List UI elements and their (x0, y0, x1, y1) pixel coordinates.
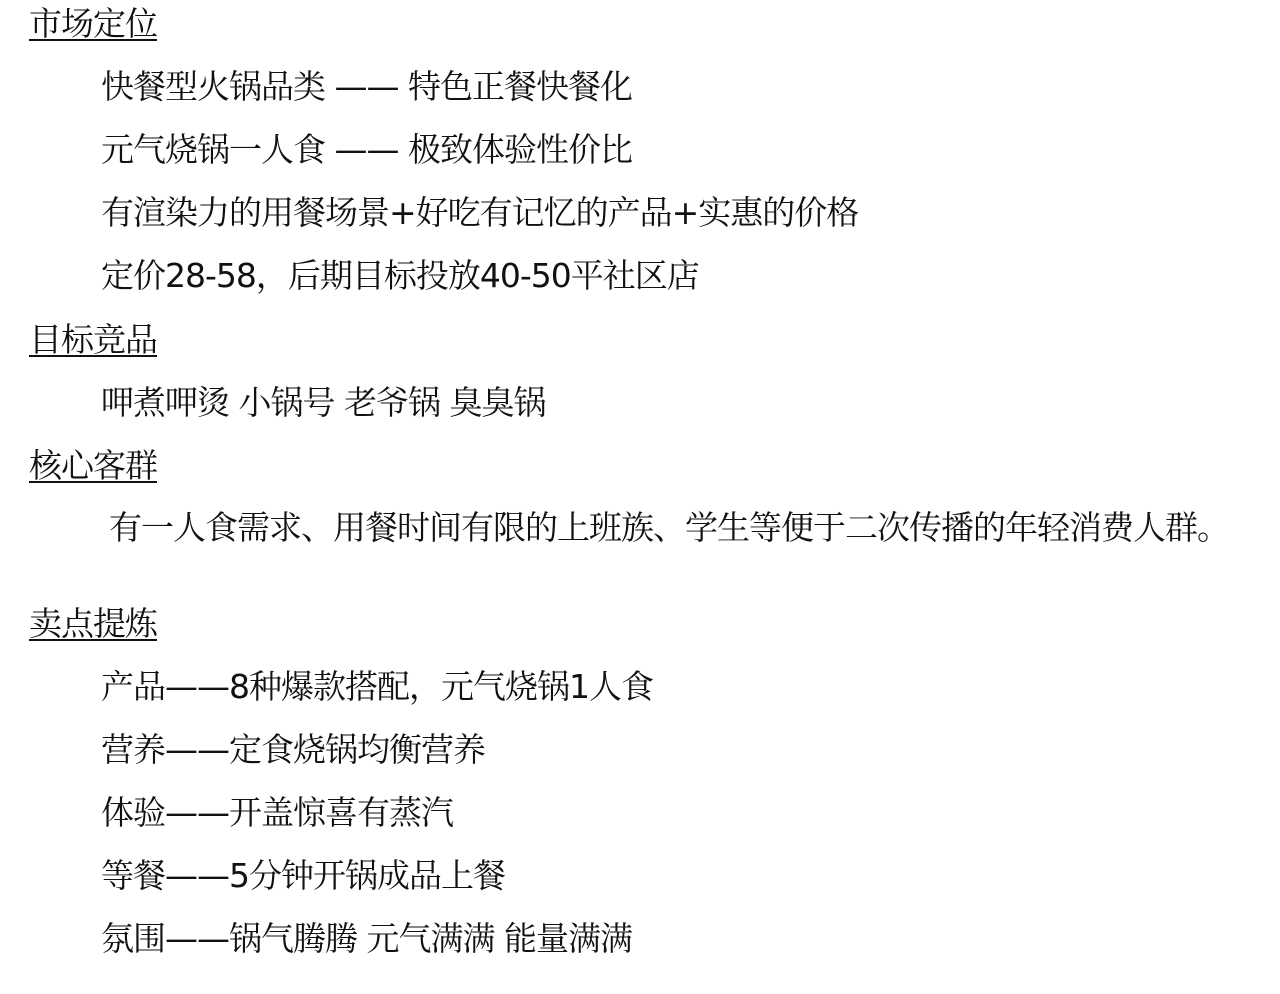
text-line: 定价28-58，后期目标投放40-50平社区店 (101, 256, 699, 296)
text-line: 元气烧锅一人食 —— 极致体验性价比 (101, 130, 632, 170)
section-heading-core-customers: 核心客群 (29, 446, 157, 486)
text-line: 快餐型火锅品类 —— 特色正餐快餐化 (101, 67, 632, 107)
section-heading-target-competitors: 目标竞品 (29, 320, 157, 360)
section-heading-market-positioning: 市场定位 (29, 4, 157, 44)
text-line: 有渲染力的用餐场景+好吃有记忆的产品+实惠的价格 (101, 193, 858, 233)
text-line: 等餐——5分钟开锅成品上餐 (101, 856, 505, 896)
text-line: 产品——8种爆款搭配，元气烧锅1人食 (101, 667, 653, 707)
section-heading-selling-points: 卖点提炼 (29, 604, 157, 644)
text-line: 氛围——锅气腾腾 元气满满 能量满满 (101, 919, 632, 959)
text-line: 营养——定食烧锅均衡营养 (101, 730, 485, 770)
text-paragraph: 有一人食需求、用餐时间有限的上班族、学生等便于二次传播的年轻消费人群。 (29, 510, 1249, 546)
paragraph-text: 有一人食需求、用餐时间有限的上班族、学生等便于二次传播的年轻消费人群。 (109, 508, 1229, 547)
text-line: 体验——开盖惊喜有蒸汽 (101, 793, 453, 833)
text-line: 呷煮呷烫 小锅号 老爷锅 臭臭锅 (101, 383, 545, 423)
